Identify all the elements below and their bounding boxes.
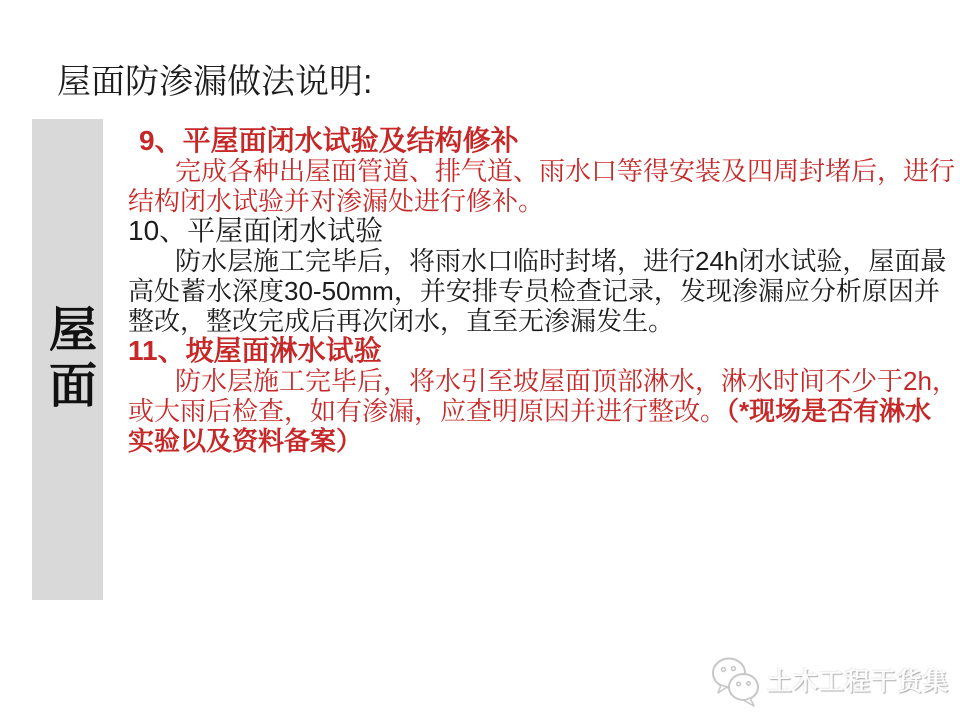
watermark: 土木工程干货集	[708, 652, 949, 708]
slide: 屋面防渗漏做法说明: 屋面 9、平屋面闭水试验及结构修补 完成各种出屋面管道、排…	[0, 0, 960, 720]
content-line-heading-9: 9、平屋面闭水试验及结构修补	[128, 126, 918, 156]
content-line: 整改，整改完成后再次闭水，直至无渗漏发生。	[128, 306, 918, 336]
content-line: 实验以及资料备案）	[128, 426, 918, 456]
content-block: 9、平屋面闭水试验及结构修补 完成各种出屋面管道、排气道、雨水口等得安装及四周封…	[128, 126, 918, 456]
content-line: 防水层施工完毕后，将水引至坡屋面顶部淋水，淋水时间不少于2h，	[128, 366, 918, 396]
content-line: 结构闭水试验并对渗漏处进行修补。	[128, 186, 918, 216]
sidebar-label: 屋面	[44, 304, 92, 416]
watermark-label: 土木工程干货集	[767, 662, 949, 698]
page-title: 屋面防渗漏做法说明:	[57, 62, 372, 102]
content-line: 或大雨后检查，如有渗漏，应查明原因并进行整改。（*现场是否有淋水	[128, 396, 918, 426]
content-line: 完成各种出屋面管道、排气道、雨水口等得安装及四周封堵后，进行	[128, 156, 918, 186]
content-line-segment-bold: （*现场是否有淋水	[726, 396, 931, 426]
content-line-heading-11: 11、坡屋面淋水试验	[128, 336, 918, 366]
content-line: 高处蓄水深度30-50mm，并安排专员检查记录，发现渗漏应分析原因并	[128, 276, 918, 306]
content-line-segment: 或大雨后检查，如有渗漏，应查明原因并进行整改。	[128, 396, 726, 426]
content-line: 防水层施工完毕后，将雨水口临时封堵，进行24h闭水试验，屋面最	[128, 246, 918, 276]
content-line-heading-10: 10、平屋面闭水试验	[128, 216, 918, 246]
wechat-icon	[708, 652, 762, 708]
sidebar-bar: 屋面	[32, 119, 103, 600]
